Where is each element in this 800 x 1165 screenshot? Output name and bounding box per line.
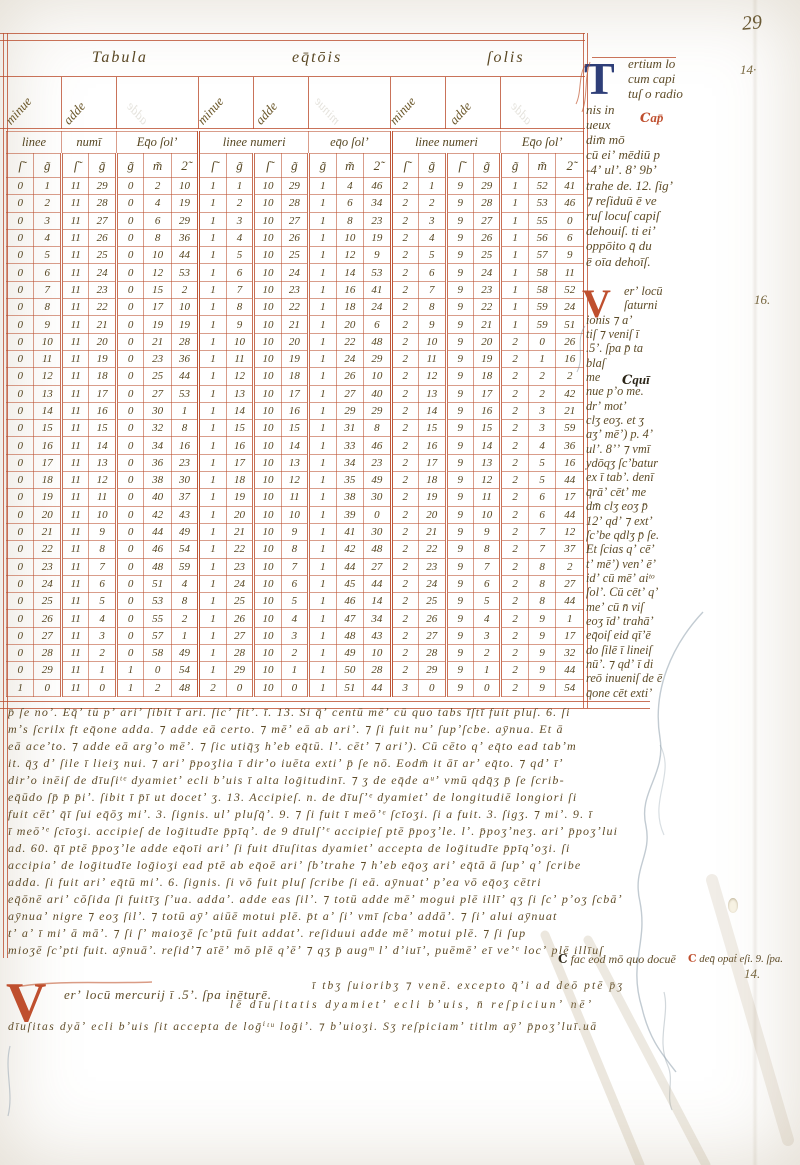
table-cell: 17	[419, 454, 446, 471]
table-cell: 2	[501, 506, 528, 523]
table-cell: 9	[446, 472, 473, 489]
table-cell: 10	[254, 575, 281, 592]
table-cell: 0	[419, 679, 446, 696]
table-cell: 22	[473, 299, 500, 316]
bleedthrough-ghost: adde	[123, 99, 152, 128]
table-cell: 2	[391, 610, 418, 627]
table-cell: 2	[501, 679, 528, 696]
table-cell: 14	[419, 402, 446, 419]
unit-symbol-header: ſ̃	[446, 154, 473, 178]
table-cell: 57	[528, 247, 555, 264]
table-cell: 10	[254, 645, 281, 662]
table-cell: 1	[199, 333, 226, 350]
table-cell: 1	[199, 264, 226, 281]
table-cell: 10	[254, 212, 281, 229]
table-cell: 0	[7, 593, 34, 610]
table-cell: 0	[7, 489, 34, 506]
table-cell: 8	[281, 541, 308, 558]
table-cell: 4	[336, 178, 363, 195]
table-cell: 20	[419, 506, 446, 523]
table-cell: 10	[254, 558, 281, 575]
unit-symbol-header: ſ̃	[7, 154, 34, 178]
table-cell: 14	[364, 593, 391, 610]
table-cell: 22	[336, 333, 363, 350]
unit-symbol-header: g̃	[501, 154, 528, 178]
table-cell: 29	[226, 662, 253, 679]
band-line	[308, 77, 309, 129]
unit-symbol-header: g̃	[116, 154, 143, 178]
table-cell: 1	[309, 420, 336, 437]
table-cell: 1	[501, 299, 528, 316]
table-cell: 6	[528, 506, 555, 523]
table-cell: 1	[501, 229, 528, 246]
paragraph-line: fuit cētʼ q̄ī ſui eq̄ōʒ miʼ. 3. ſignis. …	[8, 806, 720, 823]
table-cell: 48	[336, 627, 363, 644]
table-cell: 11	[61, 385, 88, 402]
text-line: ē oīa dehoīſ.	[586, 254, 718, 269]
table-cell: 11	[61, 350, 88, 367]
table-cell: 44	[556, 593, 584, 610]
unit-symbol-header: 2̃	[556, 154, 584, 178]
table-cell: 28	[171, 333, 198, 350]
table-cell: 0	[7, 610, 34, 627]
table-cell: 1	[199, 281, 226, 298]
paragraph-line: eā aceʼto. ⁊ adde eā argʼo mēʼ. ⁊ ſic ut…	[8, 738, 720, 755]
table-cell: 1	[501, 281, 528, 298]
table-cell: 22	[281, 299, 308, 316]
table-cell: 25	[89, 247, 116, 264]
text-line: ertium lo	[586, 56, 718, 71]
table-cell: 43	[171, 506, 198, 523]
table-cell: 1	[199, 627, 226, 644]
table-cell: 1	[199, 506, 226, 523]
table-cell: 5	[419, 247, 446, 264]
table-cell: 0	[226, 679, 253, 696]
table-cell: 26	[473, 229, 500, 246]
table-cell: 38	[336, 489, 363, 506]
table-cell: 17	[89, 385, 116, 402]
table-cell: 0	[116, 299, 143, 316]
table-cell: 2	[391, 350, 418, 367]
table-cell: 1	[419, 178, 446, 195]
table-cell: 2	[528, 368, 555, 385]
table-cell: 2	[391, 247, 418, 264]
table-cell: 2	[501, 610, 528, 627]
fold-crease	[588, 940, 706, 1165]
table-cell: 23	[473, 281, 500, 298]
table-cell: 41	[336, 523, 363, 540]
table-cell: 52	[556, 281, 584, 298]
table-cell: 19	[473, 350, 500, 367]
table-cell: 10	[364, 645, 391, 662]
table-cell: 11	[61, 195, 88, 212]
table-row: 0161114034161161014133462169142436	[7, 437, 584, 454]
paragraph-line: eq̄ūdo ſp̄ p̄ p̄iʼ. ſibit ī p̄ī ut docet…	[8, 789, 720, 806]
table-cell: 10	[254, 610, 281, 627]
table-cell: 35	[336, 472, 363, 489]
column-group-header: numī	[61, 132, 116, 154]
table-cell: 53	[528, 195, 555, 212]
table-cell: 9	[446, 593, 473, 610]
table-cell: 0	[7, 229, 34, 246]
table-cell: 9	[556, 247, 584, 264]
table-cell: 9	[446, 541, 473, 558]
table-row: 08112201710181022118242892215924	[7, 299, 584, 316]
table-cell: 24	[89, 264, 116, 281]
table-cell: 34	[336, 454, 363, 471]
margin-note-middle: 16.	[754, 292, 770, 308]
table-cell: 9	[446, 454, 473, 471]
table-cell: 5	[226, 247, 253, 264]
table-cell: 23	[364, 212, 391, 229]
table-cell: 8	[528, 593, 555, 610]
table-cell: 16	[336, 281, 363, 298]
table-cell: 5	[528, 454, 555, 471]
table-cell: 43	[364, 627, 391, 644]
table-cell: 6	[528, 489, 555, 506]
table-cell: 0	[116, 523, 143, 540]
table-cell: 27	[226, 627, 253, 644]
table-cell: 9	[89, 523, 116, 540]
table-cell: 11	[556, 264, 584, 281]
table-cell: 16	[556, 350, 584, 367]
table-cell: 2	[391, 385, 418, 402]
table-cell: 30	[171, 472, 198, 489]
table-cell: 0	[7, 178, 34, 195]
table-cell: 13	[89, 454, 116, 471]
table-cell: 6	[89, 575, 116, 592]
table-cell: 1	[199, 420, 226, 437]
table-cell: 11	[61, 368, 88, 385]
table-cell: 14	[473, 437, 500, 454]
text-line: dehouiſ. ti eiʼ	[586, 223, 718, 238]
table-cell: 11	[61, 212, 88, 229]
table-row: 051125010441510251129259251579	[7, 247, 584, 264]
table-cell: 14	[226, 402, 253, 419]
table-cell: 2	[391, 281, 418, 298]
table-cell: 17	[34, 454, 61, 471]
table-cell: 1	[309, 385, 336, 402]
table-cell: 6	[419, 264, 446, 281]
table-cell: 54	[171, 541, 198, 558]
table-cell: 12	[226, 368, 253, 385]
table-cell: 9	[446, 212, 473, 229]
unit-symbol-header: 2̃	[171, 154, 198, 178]
table-cell: 0	[144, 662, 171, 679]
table-cell: 0	[7, 350, 34, 367]
table-cell: 0	[281, 679, 308, 696]
table-cell: 9	[446, 299, 473, 316]
table-cell: 11	[61, 247, 88, 264]
table-cell: 7	[281, 558, 308, 575]
table-cell: 29	[171, 212, 198, 229]
table-cell: 38	[144, 472, 171, 489]
table-cell: 11	[61, 402, 88, 419]
table-cell: 15	[281, 420, 308, 437]
table-cell: 2	[391, 489, 418, 506]
table-cell: 2	[501, 593, 528, 610]
unit-symbol-header: 2̃	[364, 154, 391, 178]
table-cell: 0	[7, 662, 34, 679]
table-cell: 29	[364, 402, 391, 419]
table-cell: 6	[34, 264, 61, 281]
table-cell: 1	[309, 679, 336, 696]
table-cell: 1	[309, 627, 336, 644]
table-cell: 59	[528, 299, 555, 316]
table-cell: 2	[391, 541, 418, 558]
table-cell: 1	[309, 316, 336, 333]
table-cell: 44	[171, 247, 198, 264]
diagonal-label-adde: adde	[252, 99, 281, 128]
table-cell: 1	[309, 489, 336, 506]
table-cell: 57	[144, 627, 171, 644]
table-cell: 4	[144, 195, 171, 212]
rule-band-bottom	[0, 128, 585, 129]
table-cell: 10	[254, 350, 281, 367]
table-cell: 30	[364, 489, 391, 506]
table-cell: 19	[364, 229, 391, 246]
paragraph-line: tʼ aʼ ī miʼ ā māʼ. ⁊ ſi ſʼ maioʒē ſcʼptū…	[8, 925, 720, 942]
rule-table-bottom-1	[0, 701, 650, 702]
table-cell: 20	[34, 506, 61, 523]
rule-top-2	[0, 40, 585, 41]
table-cell: 8	[364, 420, 391, 437]
table-row: 024116051412410614544224962827	[7, 575, 584, 592]
table-cell: 1	[199, 368, 226, 385]
table-cell: 18	[473, 368, 500, 385]
table-cell: 2	[501, 420, 528, 437]
table-cell: 10	[254, 679, 281, 696]
table-cell: 26	[336, 368, 363, 385]
footer-black-paraph-line: Ⅽ fac eod mō quo docuē	[558, 952, 676, 967]
table-cell: 44	[144, 523, 171, 540]
column-group-header: eq̄o ſolʼ	[309, 132, 391, 154]
table-cell: 9	[446, 420, 473, 437]
table-cell: 0	[7, 506, 34, 523]
parchment-hole	[728, 898, 738, 913]
bleedthrough-ghost: adde	[507, 99, 536, 128]
table-cell: 1	[34, 178, 61, 195]
table-cell: 0	[116, 610, 143, 627]
table-row: 0111119023361111019124292119192116	[7, 350, 584, 367]
band-line	[116, 77, 117, 129]
table-cell: 53	[364, 264, 391, 281]
fold-crease	[545, 935, 640, 1165]
equation-table-head: lineenumīEq̄o ſolʼlinee numerieq̄o ſolʼl…	[7, 132, 584, 178]
table-cell: 18	[281, 368, 308, 385]
table-row: 014111603011141016129292149162321	[7, 402, 584, 419]
table-cell: 2	[501, 368, 528, 385]
table-cell: 59	[556, 420, 584, 437]
table-cell: 44	[556, 472, 584, 489]
equation-table-body: 0111290210111029144621929152410211280419…	[7, 178, 584, 697]
table-cell: 16	[226, 437, 253, 454]
table-cell: 9	[446, 610, 473, 627]
table-cell: 2	[391, 437, 418, 454]
table-cell: 25	[226, 593, 253, 610]
text-line: clʒ eoʒ. et ʒ	[586, 413, 718, 427]
text-line: q̄one cēt extiʼ	[586, 686, 718, 700]
footer-line: lē dīuſitatis dyamietʼ ecli bʼuis, n̄ re…	[230, 999, 594, 1011]
table-cell: 1	[501, 212, 528, 229]
table-cell: 2	[281, 645, 308, 662]
table-cell: 44	[364, 575, 391, 592]
table-cell: 27	[336, 385, 363, 402]
diagonal-label-minue: minue	[194, 94, 227, 128]
table-cell: 1	[199, 229, 226, 246]
table-cell: 27	[34, 627, 61, 644]
table-cell: 0	[116, 506, 143, 523]
table-cell: 16	[556, 454, 584, 471]
table-cell: 32	[556, 645, 584, 662]
table-cell: 4	[89, 610, 116, 627]
table-cell: 19	[171, 316, 198, 333]
table-cell: 1	[501, 195, 528, 212]
table-cell: 28	[281, 195, 308, 212]
table-cell: 9	[281, 523, 308, 540]
table-cell: 5	[34, 247, 61, 264]
table-cell: 34	[144, 437, 171, 454]
table-cell: 2	[501, 350, 528, 367]
table-cell: 55	[528, 212, 555, 229]
text-line: do ſilē ī lineiſ	[586, 643, 718, 657]
table-cell: 0	[7, 385, 34, 402]
table-cell: 51	[144, 575, 171, 592]
table-cell: 28	[89, 195, 116, 212]
table-cell: 24	[226, 575, 253, 592]
table-cell: 29	[419, 662, 446, 679]
table-cell: 53	[171, 385, 198, 402]
text-line: eq̄oiſ eid qīʼē	[586, 628, 718, 642]
table-cell: 26	[556, 333, 584, 350]
table-cell: 13	[226, 385, 253, 402]
initial-u-filigree	[8, 1046, 10, 1116]
table-cell: 10	[254, 627, 281, 644]
table-cell: 26	[226, 610, 253, 627]
table-cell: 0	[116, 316, 143, 333]
footer-line: dīuſitas dyāʼ ecli bʼuis ſit accepta de …	[8, 1019, 598, 1033]
table-cell: 11	[61, 593, 88, 610]
table-cell: 10	[254, 454, 281, 471]
table-cell: 29	[336, 402, 363, 419]
table-cell: 0	[7, 247, 34, 264]
table-cell: 14	[34, 402, 61, 419]
paragraph-line: ī meōʼᵉ ſcīoʒi. accipieſ de loḡitudīe p̄…	[8, 823, 720, 840]
table-cell: 1	[309, 506, 336, 523]
table-cell: 0	[528, 333, 555, 350]
table-cell: 1	[501, 178, 528, 195]
table-cell: 10	[254, 489, 281, 506]
table-cell: 2	[391, 316, 418, 333]
paragraph-line: dirʼo inēiſ de dīuſiᵗᵉ dyamietʼ ecli bʼu…	[8, 772, 720, 789]
unit-symbol-header: g̃	[34, 154, 61, 178]
rule-top-1	[0, 33, 585, 34]
table-cell: 1	[528, 350, 555, 367]
table-cell: 9	[446, 350, 473, 367]
table-cell: 11	[61, 575, 88, 592]
text-line: trahe de. 12. ſigʼ	[586, 178, 718, 193]
table-cell: 17	[226, 454, 253, 471]
table-cell: 44	[364, 679, 391, 696]
table-cell: 11	[419, 350, 446, 367]
table-cell: 10	[144, 247, 171, 264]
table-cell: 0	[7, 575, 34, 592]
table-row: 03112706291310271823239271550	[7, 212, 584, 229]
table-cell: 0	[116, 593, 143, 610]
table-cell: 11	[61, 541, 88, 558]
table-cell: 21	[226, 523, 253, 540]
table-cell: 10	[254, 541, 281, 558]
table-cell: 2	[501, 645, 528, 662]
table-cell: 1	[199, 385, 226, 402]
table-cell: 10	[254, 385, 281, 402]
table-cell: 36	[556, 437, 584, 454]
table-cell: 1	[199, 247, 226, 264]
table-cell: 9	[446, 281, 473, 298]
table-cell: 9	[446, 316, 473, 333]
table-cell: 58	[528, 264, 555, 281]
red-paraph-icon: Ⅽ	[688, 953, 697, 965]
table-cell: 7	[528, 541, 555, 558]
table-cell: 2	[226, 195, 253, 212]
table-cell: 0	[116, 575, 143, 592]
table-cell: 17	[556, 489, 584, 506]
table-cell: 51	[336, 679, 363, 696]
table-row: 041126083614102611019249261566	[7, 229, 584, 246]
table-cell: 12	[89, 472, 116, 489]
table-cell: 0	[116, 350, 143, 367]
table-cell: 12	[556, 523, 584, 540]
table-cell: 18	[336, 299, 363, 316]
table-cell: 2	[501, 402, 528, 419]
text-line: dm̄ clʒ eoʒ p̄	[586, 499, 718, 513]
text-line: ſcʼbe qdlʒ p̄ ſe.	[586, 528, 718, 542]
text-line: ex ī tabʼ. denī	[586, 470, 718, 484]
table-cell: 1	[199, 645, 226, 662]
table-cell: 48	[364, 541, 391, 558]
text-line: ſolʼ. Cū cētʼ qʼ	[586, 585, 718, 599]
table-cell: 2	[501, 575, 528, 592]
text-line: tʼ mēʼ) venʼ ēʼ	[586, 557, 718, 571]
table-cell: 14	[89, 437, 116, 454]
table-cell: 10	[254, 662, 281, 679]
table-cell: 9	[446, 385, 473, 402]
text-line: ⁊ reſiduū ē ve	[586, 193, 718, 208]
table-cell: 34	[364, 195, 391, 212]
table-cell: 11	[34, 350, 61, 367]
table-cell: 26	[419, 610, 446, 627]
column-group-header: Eq̄o ſolʼ	[501, 132, 584, 154]
table-row: 0281120584912810214910228922932	[7, 645, 584, 662]
table-cell: 15	[473, 420, 500, 437]
table-cell: 20	[89, 333, 116, 350]
table-cell: 1	[199, 472, 226, 489]
table-cell: 0	[116, 454, 143, 471]
text-line: -4ʼ ulʼ. 8ʼ 9bʼ	[586, 162, 718, 177]
table-cell: 2	[501, 472, 528, 489]
table-cell: 5	[473, 593, 500, 610]
table-cell: 44	[556, 506, 584, 523]
table-cell: 11	[61, 662, 88, 679]
table-cell: 27	[281, 212, 308, 229]
table-row: 011129021011102914462192915241	[7, 178, 584, 195]
table-cell: 16	[34, 437, 61, 454]
table-cell: 27	[144, 385, 171, 402]
table-cell: 2	[171, 610, 198, 627]
table-cell: 33	[336, 437, 363, 454]
table-cell: 8	[419, 299, 446, 316]
table-cell: 1	[309, 575, 336, 592]
